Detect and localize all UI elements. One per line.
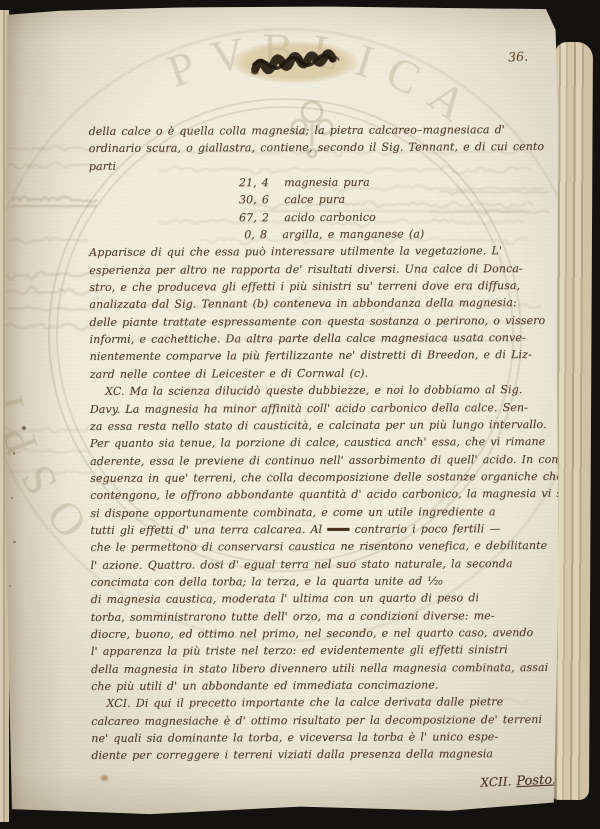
manuscript-line: informi, e cachettiche. Da altra parte d… <box>90 329 530 348</box>
manuscript-line: 67, 2 acido carbonico <box>89 208 529 227</box>
manuscript-block-para-xc: XC. Ma la scienza dilucidò queste dubbie… <box>90 381 531 695</box>
manuscript-line: tutti gli effetti d' una terra calcarea.… <box>90 520 530 539</box>
manuscript-block-para-apparisce: Apparisce di qui che essa può interessar… <box>89 242 530 383</box>
manuscript-line: seguenza in que' terreni, che colla deco… <box>90 468 530 487</box>
manuscript-line: che più utili d' un abbondante ed immedi… <box>91 676 531 695</box>
manuscript-block-analysis-list: 21, 4 magnesia pura30, 6 calce pura67, 2… <box>89 173 529 244</box>
manuscript-line: za essa resta nello stato di causticità,… <box>90 416 530 435</box>
manuscript-scan: OSPI PVBLICA <box>0 0 600 829</box>
manuscript-line: delle piante trattate espressamente con … <box>89 312 529 331</box>
manuscript-line: analizzata dal Sig. Tennant (b) contenev… <box>89 294 529 313</box>
stamp-arc-text-lower-left: OSPI <box>0 375 97 548</box>
manuscript-line: 30, 6 calce pura <box>89 190 529 209</box>
manuscript-line: ordinario scura, o giallastra, contiene,… <box>89 138 529 157</box>
catchword: XCII.Posto. <box>436 772 557 792</box>
manuscript-line: torba, somministrarono tutte dell' orzo,… <box>91 607 531 626</box>
manuscript-line: diente per correggere i terreni viziati … <box>91 745 531 764</box>
manuscript-line: Per quanto sia tenue, la porzione di cal… <box>90 433 530 452</box>
manuscript-line: XCI. Di qui il precetto importante che l… <box>91 693 531 712</box>
manuscript-line: calcareo magnesiache è d' ottimo risulta… <box>91 711 531 730</box>
manuscript-text: della calce o è quella colla magnesia; l… <box>89 121 532 765</box>
manuscript-line: della magnesia in stato libero divennero… <box>91 659 531 678</box>
struck-out-word: —— <box>327 523 349 536</box>
manuscript-line: aderente, essa le previene di continuo n… <box>90 451 530 470</box>
manuscript-line: XC. Ma la scienza dilucidò queste dubbie… <box>90 381 530 400</box>
foxing-spot <box>13 452 15 455</box>
manuscript-line: 21, 4 magnesia pura <box>89 173 529 192</box>
manuscript-line: di magnesia caustica, moderata l' ultima… <box>91 589 531 608</box>
page-number: 36. <box>508 48 529 64</box>
obliterated-word-scribble <box>248 44 341 85</box>
foxing-spot <box>13 541 16 543</box>
manuscript-line: nientemente comparve la più fertilizzant… <box>90 347 530 366</box>
manuscript-line: Apparisce di qui che essa può interessar… <box>89 242 529 261</box>
manuscript-line: l' apparenza la più triste nel terzo: ed… <box>91 641 531 660</box>
catchword-word: Posto. <box>516 772 556 789</box>
foxing-spot <box>11 497 13 499</box>
manuscript-block-para-xci: XCI. Di qui il precetto importante che l… <box>91 693 531 764</box>
manuscript-line: stro, e che produceva gli effetti i più … <box>89 277 529 296</box>
manuscript-line: zard nelle contee di Leicester e di Corn… <box>90 364 530 383</box>
foxing-spot <box>22 426 26 430</box>
manuscript-line: 0, 8 argilla, e manganese (a) <box>89 225 529 244</box>
manuscript-block-intro: della calce o è quella colla magnesia; l… <box>89 121 529 175</box>
manuscript-line: esperienza per altro ne rapporta de' ris… <box>89 260 529 279</box>
foxing-spot <box>101 775 108 781</box>
manuscript-page: OSPI PVBLICA <box>0 0 600 829</box>
manuscript-line: si dispone opportunamente combinata, e c… <box>90 503 530 522</box>
manuscript-line: concimata con della torba; la terza, e l… <box>91 572 531 591</box>
foxing-spot <box>9 585 11 587</box>
manuscript-line: Davy. La magnesia ha minor affinità coll… <box>90 399 530 418</box>
catchword-number: XCII. <box>480 774 511 789</box>
manuscript-line: l' azione. Quattro. dosi d' egual terra … <box>90 555 530 574</box>
manuscript-line: ne' quali sia dominante la torba, e vice… <box>91 728 531 747</box>
manuscript-line: che le permettono di conservarsi caustic… <box>90 537 530 556</box>
manuscript-line: parti <box>89 156 529 175</box>
manuscript-line: della calce o è quella colla magnesia; l… <box>89 121 529 140</box>
manuscript-line: diocre, buono, ed ottimo nel primo, nel … <box>91 624 531 643</box>
manuscript-line: contengono, le offrono abbondante quanti… <box>90 485 530 504</box>
